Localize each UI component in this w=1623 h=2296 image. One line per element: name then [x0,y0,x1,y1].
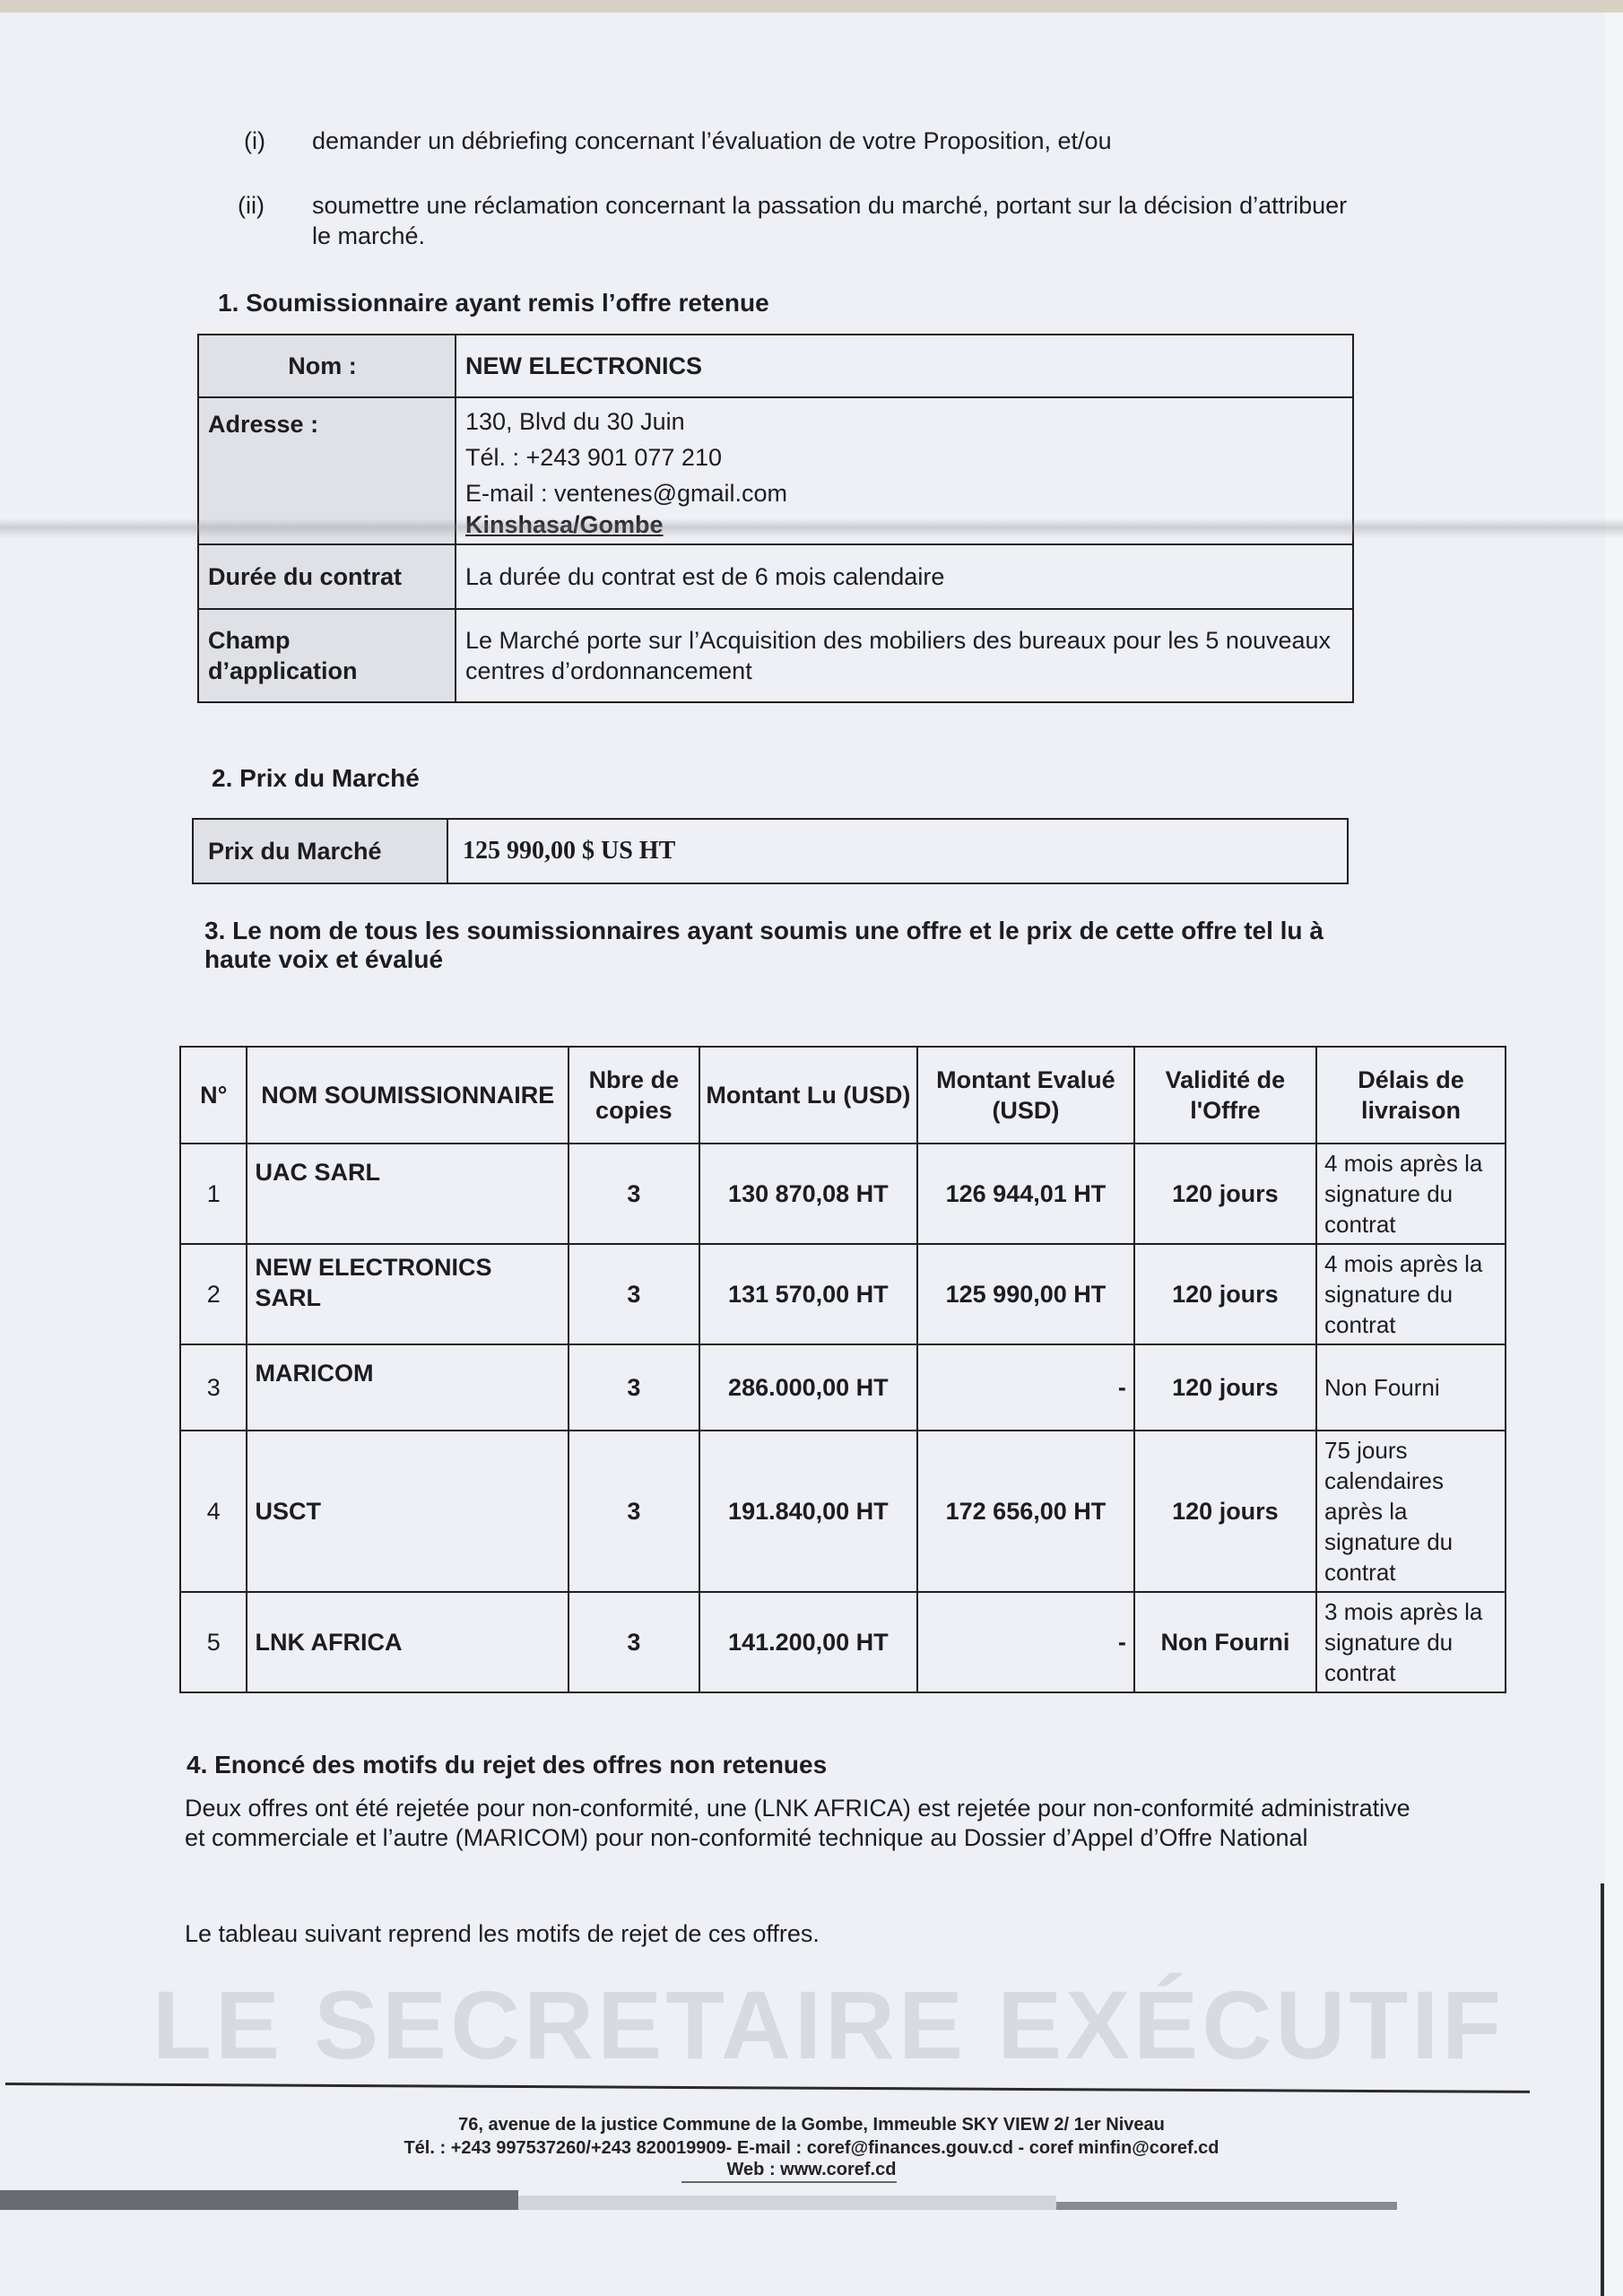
rejection-table-intro: Le tableau suivant reprend les motifs de… [185,1919,1350,1949]
cell-n: 1 [180,1144,247,1244]
table-row: 1 UAC SARL 3 130 870,08 HT 126 944,01 HT… [180,1144,1506,1244]
address-email: E-mail : ventenes@gmail.com [465,475,1343,511]
value-champ: Le Marché porte sur l’Acquisition des mo… [456,609,1353,702]
col-header-name: NOM SOUMISSIONNAIRE [247,1047,568,1144]
label-adresse: Adresse : [198,397,456,544]
col-header-validite: Validité de l'Offre [1134,1047,1316,1144]
cell-copies: 3 [568,1592,699,1692]
cell-validite: 120 jours [1134,1431,1316,1592]
table-header-row: N° NOM SOUMISSIONNAIRE Nbre de copies Mo… [180,1047,1506,1144]
cell-validite: 120 jours [1134,1244,1316,1344]
section-1-title: 1. Soumissionnaire ayant remis l’offre r… [218,289,769,317]
section-2-title: 2. Prix du Marché [212,764,420,793]
cell-montant-evalue: 125 990,00 HT [917,1244,1134,1344]
cell-copies: 3 [568,1244,699,1344]
cell-montant-lu: 130 870,08 HT [699,1144,917,1244]
col-header-delais: Délais de livraison [1316,1047,1506,1144]
label-prix: Prix du Marché [193,819,447,883]
awarded-bidder-table: Nom : NEW ELECTRONICS Adresse : 130, Blv… [197,334,1354,703]
col-header-montant-evalue: Montant Evalué (USD) [917,1047,1134,1144]
signature-watermark: LE SECRETAIRE EXÉCUTIF [152,1969,1505,2081]
cell-copies: 3 [568,1344,699,1431]
cell-delais: 4 mois après la signature du contrat [1316,1244,1506,1344]
section-3-title: 3. Le nom de tous les soumissionnaires a… [204,917,1370,974]
address-street: 130, Blvd du 30 Juin [465,404,1343,439]
cell-validite: 120 jours [1134,1344,1316,1431]
contract-price-table: Prix du Marché 125 990,00 $ US HT [192,818,1349,884]
cell-montant-evalue: - [917,1592,1134,1692]
cell-montant-evalue: 172 656,00 HT [917,1431,1134,1592]
value-adresse: 130, Blvd du 30 Juin Tél. : +243 901 077… [456,397,1353,544]
footer-address: 76, avenue de la justice Commune de la G… [0,2115,1623,2135]
value-duree: La durée du contrat est de 6 mois calend… [456,544,1353,609]
col-header-copies: Nbre de copies [568,1047,699,1144]
col-header-n: N° [180,1047,247,1144]
cell-montant-lu: 141.200,00 HT [699,1592,917,1692]
table-row: 3 MARICOM 3 286.000,00 HT - 120 jours No… [180,1344,1506,1431]
list-item: (ii) soumettre une réclamation concernan… [238,190,1403,253]
table-row: 5 LNK AFRICA 3 141.200,00 HT - Non Fourn… [180,1592,1506,1692]
cell-delais: 4 mois après la signature du contrat [1316,1144,1506,1244]
rejection-paragraph: Deux offres ont été rejetée pour non-con… [185,1794,1422,1853]
table-row: 2 NEW ELECTRONICS SARL 3 131 570,00 HT 1… [180,1244,1506,1344]
cell-n: 3 [180,1344,247,1431]
footer-bar-mid [1056,2202,1397,2210]
footer-bar-dark [0,2190,518,2210]
cell-n: 4 [180,1431,247,1592]
footer-web: Web : www.coref.cd [0,2160,1623,2180]
cell-copies: 3 [568,1144,699,1244]
cell-name: USCT [247,1431,568,1592]
table-row: Prix du Marché 125 990,00 $ US HT [193,819,1348,883]
list-marker: (ii) [238,190,265,221]
list-item: (i) demander un débriefing concernant l’… [244,126,1410,156]
bidders-table: N° NOM SOUMISSIONNAIRE Nbre de copies Mo… [179,1046,1506,1693]
cell-name: NEW ELECTRONICS SARL [247,1244,568,1344]
label-duree: Durée du contrat [198,544,456,609]
cell-delais: Non Fourni [1316,1344,1506,1431]
cell-name: MARICOM [247,1344,568,1431]
cell-montant-evalue: - [917,1344,1134,1431]
col-header-montant-lu: Montant Lu (USD) [699,1047,917,1144]
cell-validite: 120 jours [1134,1144,1316,1244]
table-row: Durée du contrat La durée du contrat est… [198,544,1353,609]
cell-name: UAC SARL [247,1144,568,1244]
page-edge [1601,1883,1604,2296]
cell-montant-lu: 191.840,00 HT [699,1431,917,1592]
label-nom: Nom : [198,335,456,397]
cell-delais: 3 mois après la signature du contrat [1316,1592,1506,1692]
footer-bar-light [518,2196,1056,2210]
cell-montant-evalue: 126 944,01 HT [917,1144,1134,1244]
section-4-title: 4. Enoncé des motifs du rejet des offres… [187,1751,827,1779]
cell-name: LNK AFRICA [247,1592,568,1692]
cell-n: 2 [180,1244,247,1344]
table-row: Nom : NEW ELECTRONICS [198,335,1353,397]
cell-n: 5 [180,1592,247,1692]
value-prix: 125 990,00 $ US HT [447,819,1348,883]
address-phone: Tél. : +243 901 077 210 [465,439,1343,475]
value-nom: NEW ELECTRONICS [456,335,1353,397]
table-row: Champ d’application Le Marché porte sur … [198,609,1353,702]
cell-validite: Non Fourni [1134,1592,1316,1692]
list-marker: (i) [244,126,265,156]
list-text: demander un débriefing concernant l’éval… [312,126,1370,156]
cell-montant-lu: 286.000,00 HT [699,1344,917,1431]
footer-contact: Tél. : +243 997537260/+243 820019909- E-… [0,2138,1623,2159]
cell-montant-lu: 131 570,00 HT [699,1244,917,1344]
cell-delais: 75 jours calendaires après la signature … [1316,1431,1506,1592]
cell-copies: 3 [568,1431,699,1592]
table-row: 4 USCT 3 191.840,00 HT 172 656,00 HT 120… [180,1431,1506,1592]
footer-underline [681,2181,897,2183]
address-city: Kinshasa/Gombe [465,511,1343,538]
scan-top-strip [0,0,1623,13]
list-text: soumettre une réclamation concernant la … [312,190,1352,251]
table-row: Adresse : 130, Blvd du 30 Juin Tél. : +2… [198,397,1353,544]
label-champ: Champ d’application [198,609,456,702]
